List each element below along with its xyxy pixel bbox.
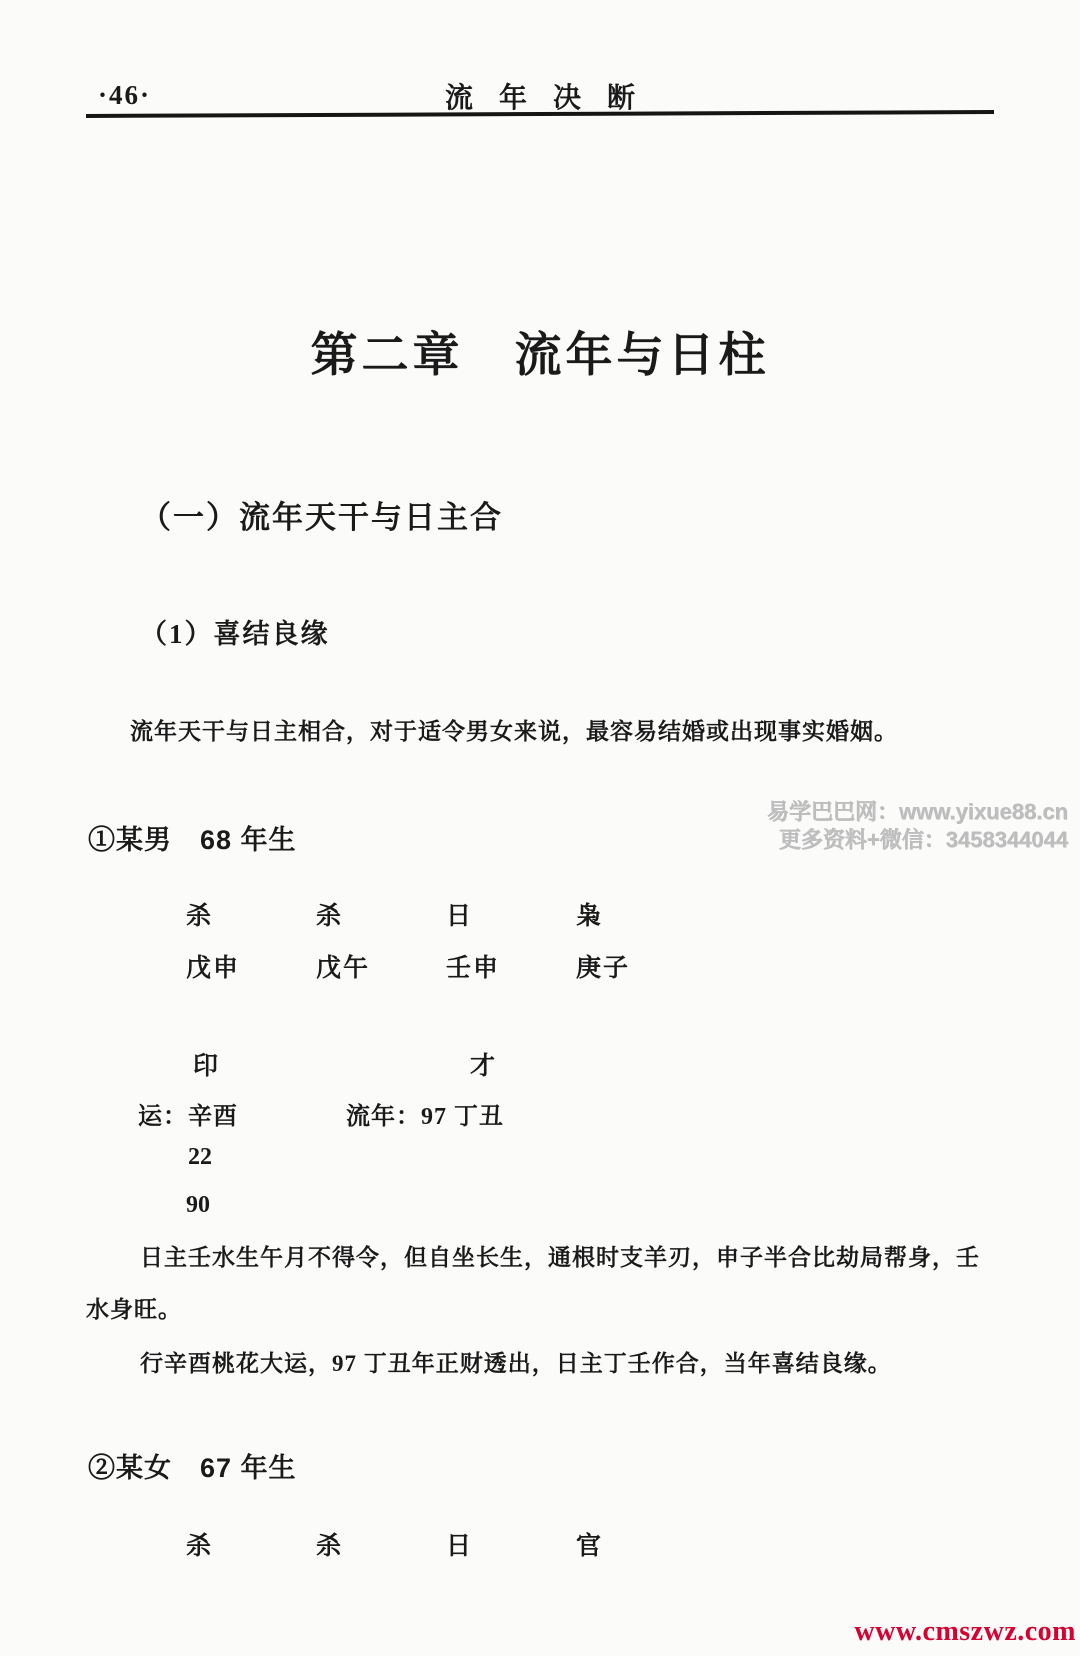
luck-start-year: 90: [186, 1192, 210, 1219]
god-label: 杀: [316, 896, 446, 932]
example2-heading: ②某女 67 年生: [88, 1446, 297, 1485]
pillar: 庚子: [576, 948, 706, 984]
hidden-god-left: 印: [193, 1046, 218, 1082]
luck-pillar-label: 运：辛酉: [138, 1096, 238, 1131]
god-label: 杀: [316, 1526, 446, 1562]
pillar: 戊申: [186, 948, 316, 984]
example1-analysis-1: 日主壬水生午月不得令，但自坐长生，通根时支羊刃，申子半合比劫局帮身，壬水身旺。: [86, 1232, 998, 1336]
flow-year-label: 流年：97 丁丑: [346, 1096, 504, 1131]
chapter-title: 第二章 流年与日柱: [0, 318, 1080, 385]
example1-pillars-row: 戊申 戊午 壬申 庚子: [186, 948, 706, 984]
section-title: （一）流年天干与日主合: [140, 492, 503, 537]
god-label: 日: [446, 1526, 576, 1562]
watermark-line2: 更多资料+微信：3458344044: [767, 826, 1068, 854]
god-label: 枭: [576, 896, 706, 932]
example1-analysis-2: 行辛酉桃花大运，97 丁丑年正财透出，日主丁壬作合，当年喜结良缘。: [86, 1338, 998, 1390]
god-label: 杀: [186, 1526, 316, 1562]
watermark: 易学巴巴网：www.yixue88.cn 更多资料+微信：3458344044: [767, 798, 1068, 854]
subsection-title: （1）喜结良缘: [140, 612, 330, 651]
example2-gods-row: 杀 杀 日 官: [186, 1526, 706, 1562]
footer-url: www.cmszwz.com: [854, 1616, 1076, 1648]
example1-heading: ①某男 68 年生: [88, 818, 297, 857]
pillar: 戊午: [316, 948, 446, 984]
hidden-god-right: 才: [470, 1046, 495, 1082]
watermark-line1: 易学巴巴网：www.yixue88.cn: [767, 798, 1068, 826]
luck-start-age: 22: [188, 1144, 212, 1171]
god-label: 日: [446, 896, 576, 932]
pillar: 壬申: [446, 948, 576, 984]
god-label: 官: [576, 1526, 706, 1562]
intro-paragraph: 流年天干与日主相合，对于适令男女来说，最容易结婚或出现事实婚姻。: [130, 706, 1000, 758]
god-label: 杀: [186, 896, 316, 932]
scanned-book-page: { "header": { "page_number": "·46·", "ru…: [0, 0, 1080, 1656]
example1-gods-row: 杀 杀 日 枭: [186, 896, 706, 932]
